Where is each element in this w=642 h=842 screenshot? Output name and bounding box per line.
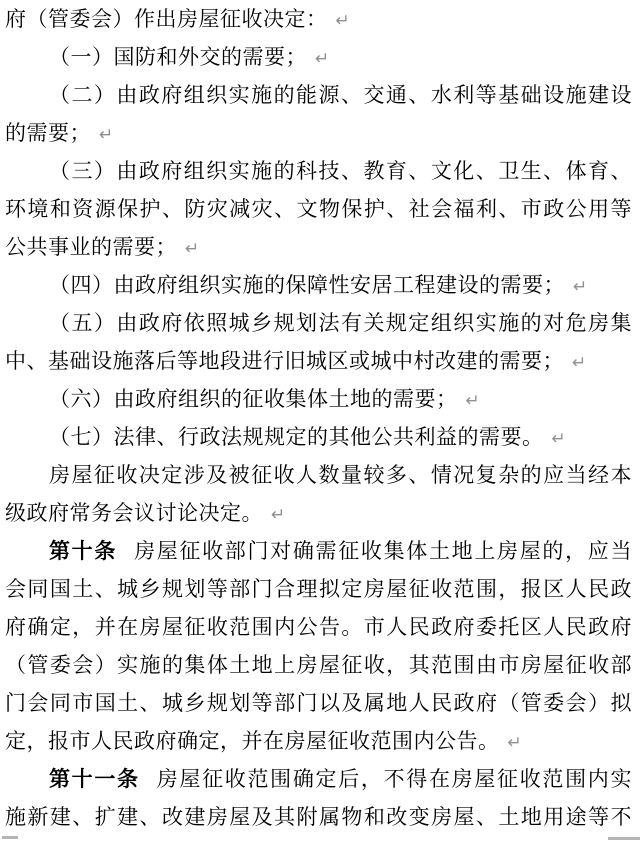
text-line: （管委会）实施的集体土地上房屋征收，其范围由市房屋征收部 (5, 646, 632, 684)
text-line: 门会同市国土、城乡规划等部门以及属地人民政府（管委会）拟 (5, 684, 632, 722)
page-bottom-right-fragment (608, 837, 640, 840)
article-number-label: 第十条 (49, 539, 117, 563)
line-text: 门会同市国土、城乡规划等部门以及属地人民政府（管委会）拟 (5, 691, 632, 715)
text-line: （三）由政府组织实施的科技、教育、文化、卫生、体育、 (5, 152, 632, 190)
line-text: （六）由政府组织的征收集体土地的需要； (49, 387, 458, 411)
paragraph-mark-icon: ↵ (185, 239, 199, 259)
document-page: 府（管委会）作出房屋征收决定：↵ （一）国防和外交的需要；↵ （二）由政府组织实… (0, 0, 642, 842)
line-text: 定，报市人民政府确定，并在房屋征收范围内公告。 (5, 729, 500, 753)
line-text: 府（管委会）作出房屋征收决定： (5, 7, 328, 31)
line-text: 会同国土、城乡规划等部门合理拟定房屋征收范围，报区人民政 (5, 577, 632, 601)
text-line: （五）由政府依照城乡规划法有关规定组织实施的对危房集 (5, 304, 632, 342)
text-line: （一）国防和外交的需要；↵ (5, 38, 632, 76)
paragraph-mark-icon: ↵ (573, 277, 587, 297)
text-line: （六）由政府组织的征收集体土地的需要；↵ (5, 380, 632, 418)
text-line: 中、基础设施落后等地段进行旧城区或城中村改建的需要；↵ (5, 342, 632, 380)
line-text: 级政府常务会议讨论决定。 (5, 501, 263, 525)
line-text: 房屋征收决定涉及被征收人数量较多、情况复杂的应当经本 (49, 463, 632, 487)
text-line: 的需要；↵ (5, 114, 632, 152)
line-text: （二）由政府组织实施的能源、交通、水利等基础设施建设 (49, 83, 632, 107)
document-text-body: 府（管委会）作出房屋征收决定：↵ （一）国防和外交的需要；↵ （二）由政府组织实… (5, 0, 632, 836)
paragraph-mark-icon: ↵ (271, 505, 285, 525)
text-line-article-11-head: 第十一条房屋征收范围确定后，不得在房屋征收范围内实 (5, 760, 632, 798)
line-text: 环境和资源保护、防灾减灾、文物保护、社会福利、市政公用等 (5, 197, 632, 221)
line-text: 公共事业的需要； (5, 235, 177, 259)
text-line: （四）由政府组织实施的保障性安居工程建设的需要；↵ (5, 266, 632, 304)
text-line: 房屋征收决定涉及被征收人数量较多、情况复杂的应当经本 (5, 456, 632, 494)
text-line: 会同国土、城乡规划等部门合理拟定房屋征收范围，报区人民政 (5, 570, 632, 608)
line-text: （四）由政府组织实施的保障性安居工程建设的需要； (49, 273, 565, 297)
text-line: 公共事业的需要；↵ (5, 228, 632, 266)
page-bottom-left-fragment (2, 836, 18, 839)
line-text: 中、基础设施落后等地段进行旧城区或城中村改建的需要； (5, 349, 564, 373)
text-line: 府（管委会）作出房屋征收决定：↵ (5, 0, 632, 38)
paragraph-mark-icon: ↵ (315, 49, 329, 69)
text-line: 施新建、扩建、改建房屋及其附属物和改变房屋、土地用途等不 (5, 798, 632, 836)
line-text: 府确定，并在房屋征收范围内公告。市人民政府委托区人民政府 (5, 615, 632, 639)
line-text: 房屋征收范围确定后，不得在房屋征收范围内实 (157, 767, 632, 791)
text-line: 级政府常务会议讨论决定。↵ (5, 494, 632, 532)
line-text: （三）由政府组织实施的科技、教育、文化、卫生、体育、 (49, 159, 632, 183)
paragraph-mark-icon: ↵ (572, 353, 586, 373)
paragraph-mark-icon: ↵ (508, 733, 522, 753)
paragraph-mark-icon: ↵ (552, 429, 566, 449)
paragraph-mark-icon: ↵ (336, 11, 350, 31)
line-text: 房屋征收部门对确需征收集体土地上房屋的，应当 (134, 539, 632, 563)
line-text: 施新建、扩建、改建房屋及其附属物和改变房屋、土地用途等不 (5, 805, 632, 829)
article-number-label: 第十一条 (49, 767, 140, 791)
text-line: （二）由政府组织实施的能源、交通、水利等基础设施建设 (5, 76, 632, 114)
line-text: （五）由政府依照城乡规划法有关规定组织实施的对危房集 (49, 311, 632, 335)
paragraph-mark-icon: ↵ (466, 391, 480, 411)
line-text: （七）法律、行政法规规定的其他公共利益的需要。 (49, 425, 544, 449)
text-line: 府确定，并在房屋征收范围内公告。市人民政府委托区人民政府 (5, 608, 632, 646)
text-line-article-10-head: 第十条房屋征收部门对确需征收集体土地上房屋的，应当 (5, 532, 632, 570)
text-line: 定，报市人民政府确定，并在房屋征收范围内公告。↵ (5, 722, 632, 760)
text-line: （七）法律、行政法规规定的其他公共利益的需要。↵ (5, 418, 632, 456)
paragraph-mark-icon: ↵ (99, 125, 113, 145)
line-text: 的需要； (5, 121, 91, 145)
text-line: 环境和资源保护、防灾减灾、文物保护、社会福利、市政公用等 (5, 190, 632, 228)
line-text: （一）国防和外交的需要； (49, 45, 307, 69)
line-text: （管委会）实施的集体土地上房屋征收，其范围由市房屋征收部 (5, 653, 632, 677)
